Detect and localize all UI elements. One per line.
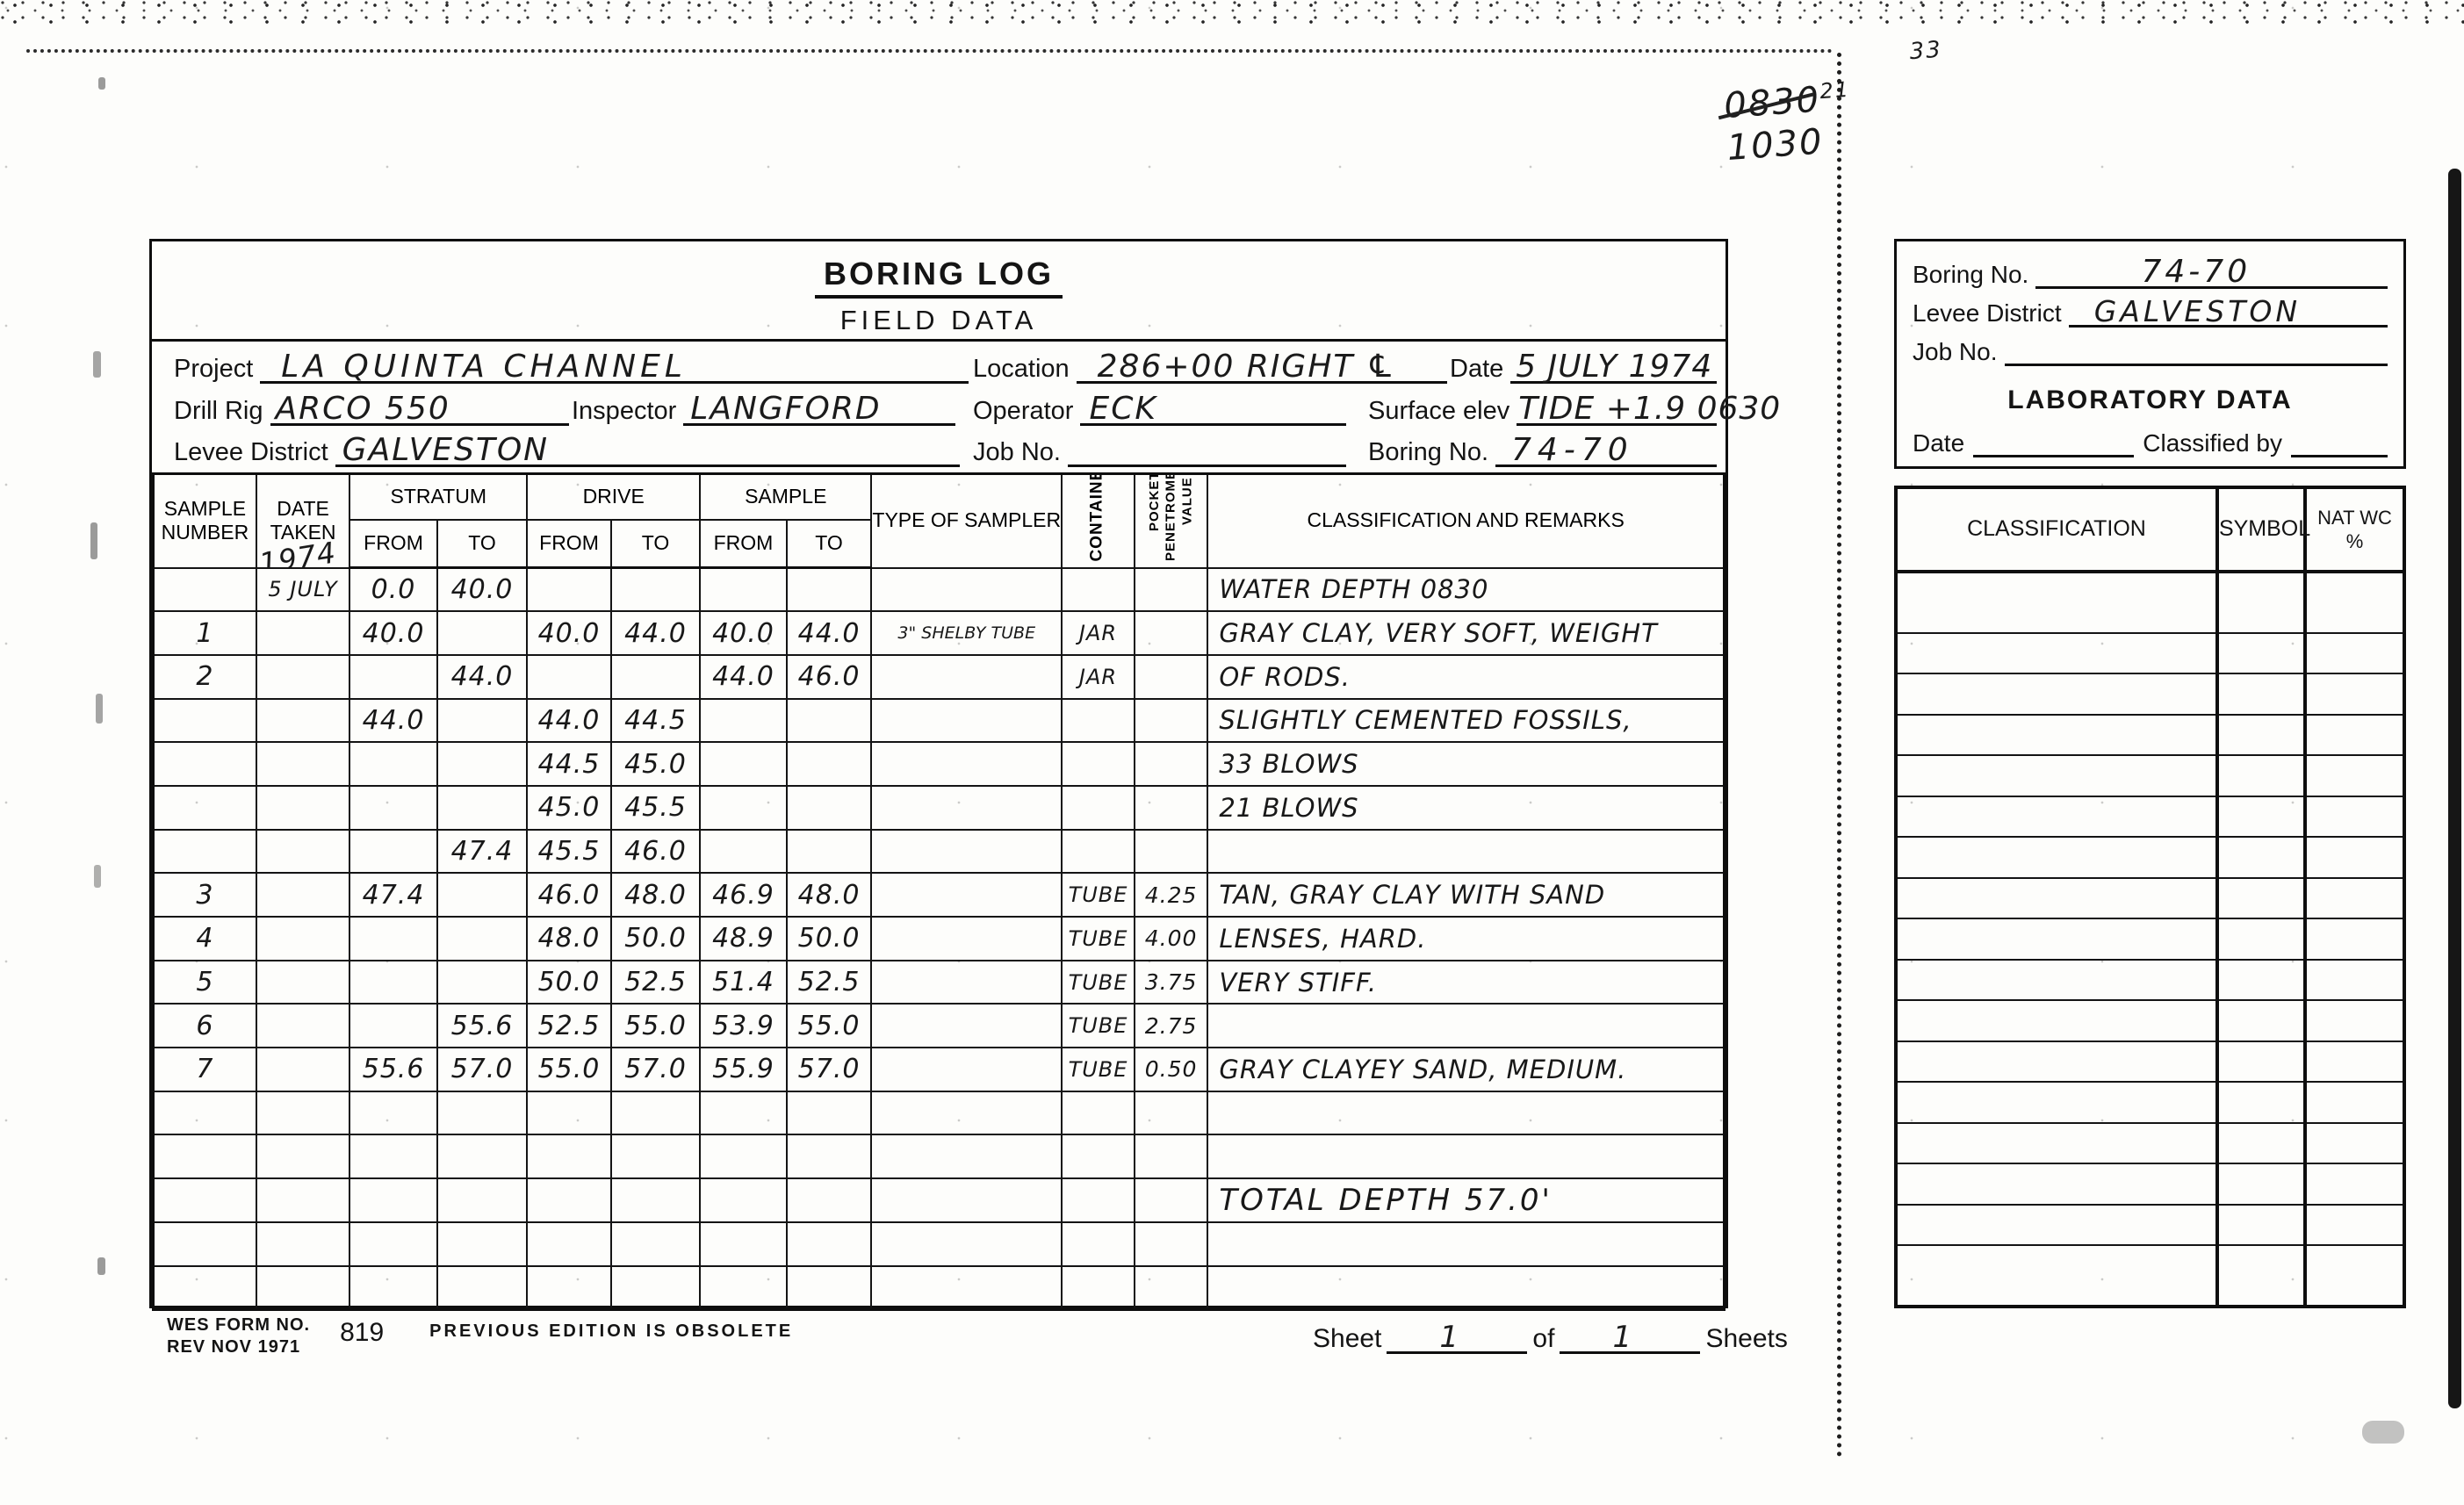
table-row	[1896, 673, 2404, 715]
cell-date	[256, 786, 349, 830]
empty-cell	[2217, 1163, 2305, 1205]
inspector-label: Inspector	[572, 398, 683, 426]
cell-s_from	[349, 742, 436, 786]
cell-remarks: 33 BLOWS	[1207, 742, 1724, 786]
table-row: 45.045.521 BLOWS	[154, 786, 1725, 830]
operator-value: ECK	[1089, 391, 1157, 427]
cell-container	[1062, 1178, 1135, 1222]
sheets-total-field: 1	[1560, 1320, 1700, 1354]
cell-s_from: 47.4	[349, 873, 436, 917]
cell-m_to	[787, 830, 872, 874]
cell-remarks	[1207, 1134, 1724, 1178]
cell-s_from	[349, 655, 436, 699]
cell-remarks	[1207, 1222, 1724, 1266]
cell-remarks	[1207, 1004, 1724, 1048]
cell-m_from	[700, 1222, 787, 1266]
cell-s_to	[437, 742, 528, 786]
cell-sample	[154, 1134, 256, 1178]
cell-s_from	[349, 1178, 436, 1222]
lab-col-nat-wc: NAT WC %	[2305, 487, 2404, 572]
form-footer: WES FORM NO. REV NOV 1971 819 PREVIOUS E…	[167, 1314, 1739, 1358]
cell-remarks: TAN, GRAY CLAY WITH SAND	[1207, 873, 1724, 917]
table-row: 47.445.546.0	[154, 830, 1725, 874]
form-number: 819	[340, 1318, 384, 1348]
table-row	[1896, 1205, 2404, 1246]
empty-cell	[2217, 878, 2305, 919]
cell-m_from	[700, 742, 787, 786]
cell-remarks	[1207, 1091, 1724, 1135]
cell-d_to	[611, 568, 700, 612]
inspector-value: LANGFORD	[690, 391, 881, 427]
cell-container	[1062, 699, 1135, 743]
form-number-stack: WES FORM NO. REV NOV 1971	[167, 1314, 310, 1358]
form-subtitle: FIELD DATA	[152, 305, 1726, 336]
cell-pen	[1135, 655, 1208, 699]
cell-sampler	[871, 655, 1062, 699]
cell-m_to	[787, 699, 872, 743]
scan-dotted-line	[26, 49, 1834, 53]
laboratory-table-body	[1896, 572, 2404, 1307]
form-no-line1: WES FORM NO.	[167, 1314, 310, 1336]
col-header-date-taken: DATE TAKEN 1974	[256, 474, 349, 568]
empty-cell	[2217, 1000, 2305, 1041]
cell-remarks	[1207, 830, 1724, 874]
cell-d_from: 48.0	[527, 917, 611, 961]
cell-pen	[1135, 1222, 1208, 1266]
cell-sampler	[871, 568, 1062, 612]
levee-district-field: GALVESTON	[335, 428, 960, 467]
cell-remarks: GRAY CLAYEY SAND, MEDIUM.	[1207, 1048, 1724, 1091]
drill-rig-value: ARCO 550	[276, 391, 450, 427]
cell-m_to	[787, 568, 872, 612]
empty-cell	[2217, 918, 2305, 960]
cell-sampler	[871, 1004, 1062, 1048]
cell-m_from: 40.0	[700, 611, 787, 655]
table-row: 140.040.044.040.044.03" SHELBY TUBEJARGR…	[154, 611, 1725, 655]
col-header-type-of-sampler: TYPE OF SAMPLER	[871, 474, 1062, 568]
sheet-number-field: 1	[1387, 1320, 1527, 1354]
cell-pen: 3.75	[1135, 961, 1208, 1005]
container-vertical-label: CONTAINER	[1088, 474, 1108, 562]
cell-d_from	[527, 1091, 611, 1135]
table-row: 5 JULY0.040.0WATER DEPTH 0830	[154, 568, 1725, 612]
empty-cell	[2217, 1205, 2305, 1246]
cell-sample: 5	[154, 961, 256, 1005]
cell-date	[256, 742, 349, 786]
scan-smudge	[98, 77, 105, 90]
cell-sample: 6	[154, 1004, 256, 1048]
table-row	[154, 1222, 1725, 1266]
cell-m_from: 44.0	[700, 655, 787, 699]
table-row: 655.652.555.053.955.0TUBE2.75	[154, 1004, 1725, 1048]
empty-cell	[1896, 1123, 2217, 1164]
empty-cell	[1896, 796, 2217, 838]
cell-d_to: 48.0	[611, 873, 700, 917]
cell-d_to	[611, 1134, 700, 1178]
table-row: 44.545.033 BLOWS	[154, 742, 1725, 786]
table-row: 550.052.551.452.5TUBE3.75VERY STIFF.	[154, 961, 1725, 1005]
cell-m_to: 50.0	[787, 917, 872, 961]
sheets-total-value: 1	[1612, 1320, 1633, 1355]
cell-pen	[1135, 1266, 1208, 1310]
table-row	[1896, 1082, 2404, 1123]
empty-cell	[1896, 1163, 2217, 1205]
col-header-stratum-from: FROM	[349, 520, 436, 568]
cell-remarks: WATER DEPTH 0830	[1207, 568, 1724, 612]
cell-date	[256, 1178, 349, 1222]
cell-s_to	[437, 917, 528, 961]
cell-d_from: 46.0	[527, 873, 611, 917]
cell-sample: 2	[154, 655, 256, 699]
cell-date	[256, 699, 349, 743]
cell-sample: 3	[154, 873, 256, 917]
cell-sample	[154, 1091, 256, 1135]
cell-m_to: 55.0	[787, 1004, 872, 1048]
cell-remarks: OF RODS.	[1207, 655, 1724, 699]
cell-date	[256, 1222, 349, 1266]
handwritten-time-notes: 33 083021 1030	[1723, 76, 1855, 169]
cell-m_to: 46.0	[787, 655, 872, 699]
cell-container	[1062, 568, 1135, 612]
cell-container: JAR	[1062, 655, 1135, 699]
date-taken-year-handwritten: 1974	[256, 535, 338, 567]
cell-s_to	[437, 1178, 528, 1222]
job-no-field	[1068, 428, 1346, 467]
cell-m_from	[700, 1134, 787, 1178]
col-header-container: CONTAINER	[1062, 474, 1135, 568]
cell-s_to	[437, 611, 528, 655]
project-value: LA QUINTA CHANNEL	[281, 349, 687, 385]
empty-cell	[2305, 1205, 2404, 1246]
cell-s_from	[349, 917, 436, 961]
lab-col-symbol: SYMBOL	[2217, 487, 2305, 572]
cell-d_to	[611, 1222, 700, 1266]
empty-cell	[2305, 878, 2404, 919]
table-row	[1896, 960, 2404, 1001]
empty-cell	[2305, 960, 2404, 1001]
empty-cell	[2305, 918, 2404, 960]
empty-cell	[1896, 960, 2217, 1001]
table-row	[154, 1091, 1725, 1135]
cell-pen: 4.25	[1135, 873, 1208, 917]
lab-levee-district-field: GALVESTON	[2069, 286, 2388, 328]
cell-sample: 7	[154, 1048, 256, 1091]
handwritten-time-superscript: 21	[1819, 77, 1850, 104]
empty-cell	[2305, 837, 2404, 878]
project-label: Project	[174, 356, 260, 384]
empty-cell	[2305, 1245, 2404, 1307]
cell-m_from: 53.9	[700, 1004, 787, 1048]
boring-log-table: SAMPLE NUMBER DATE TAKEN 1974 STRATUM DR…	[152, 472, 1726, 1311]
cell-date	[256, 1004, 349, 1048]
cell-sampler	[871, 873, 1062, 917]
table-row: 244.044.046.0JAROF RODS.	[154, 655, 1725, 699]
cell-remarks	[1207, 1266, 1724, 1310]
table-row	[154, 1266, 1725, 1310]
empty-cell	[2217, 1041, 2305, 1083]
cell-pen: 4.00	[1135, 917, 1208, 961]
cell-s_from: 44.0	[349, 699, 436, 743]
cell-m_to: 52.5	[787, 961, 872, 1005]
lab-date-field	[1973, 420, 2134, 457]
empty-cell	[1896, 572, 2217, 633]
col-group-sample: SAMPLE	[700, 474, 871, 521]
cell-d_to: 44.5	[611, 699, 700, 743]
empty-cell	[2217, 837, 2305, 878]
cell-d_to: 46.0	[611, 830, 700, 874]
boring-log-table-body: 5 JULY0.040.0WATER DEPTH 0830140.040.044…	[154, 568, 1725, 1310]
empty-cell	[1896, 837, 2217, 878]
empty-cell	[1896, 1245, 2217, 1307]
cell-s_to	[437, 786, 528, 830]
cell-sampler	[871, 917, 1062, 961]
cell-d_from	[527, 568, 611, 612]
cell-d_to: 55.0	[611, 1004, 700, 1048]
table-row	[1896, 1163, 2404, 1205]
cell-sample	[154, 699, 256, 743]
cell-sampler	[871, 699, 1062, 743]
empty-cell	[1896, 1205, 2217, 1246]
cell-date	[256, 873, 349, 917]
laboratory-data-header-box: Boring No. 74-70 Levee District GALVESTO…	[1894, 239, 2406, 469]
cell-m_from	[700, 568, 787, 612]
empty-cell	[2305, 572, 2404, 633]
cell-s_to: 44.0	[437, 655, 528, 699]
cell-m_from: 48.9	[700, 917, 787, 961]
col-group-stratum: STRATUM	[349, 474, 527, 521]
pocket-penetrometer-vertical-label: POCKET PENETROMETER VALUE	[1146, 474, 1195, 562]
col-header-sample-from: FROM	[700, 520, 787, 568]
col-header-pocket-penetrometer: POCKET PENETROMETER VALUE	[1135, 474, 1208, 568]
cell-container	[1062, 742, 1135, 786]
lab-classified-by-field	[2291, 420, 2388, 457]
empty-cell	[1896, 918, 2217, 960]
cell-m_to: 48.0	[787, 873, 872, 917]
lab-job-no-label: Job No.	[1913, 338, 2005, 366]
location-field: 286+00 RIGHT ℄	[1077, 344, 1447, 384]
table-row	[1896, 1041, 2404, 1083]
lab-levee-district-value: GALVESTON	[2094, 294, 2301, 328]
date-field: 5 JULY 1974	[1510, 344, 1717, 384]
levee-district-label: Levee District	[174, 439, 335, 467]
cell-sampler	[871, 1134, 1062, 1178]
cell-d_to: 50.0	[611, 917, 700, 961]
cell-m_from	[700, 699, 787, 743]
cell-date	[256, 1048, 349, 1091]
cell-m_from	[700, 1266, 787, 1310]
surface-elev-value: TIDE +1.9 0630	[1518, 391, 1781, 427]
cell-pen	[1135, 830, 1208, 874]
scan-smudge	[94, 865, 101, 888]
cell-sampler	[871, 1222, 1062, 1266]
cell-pen: 0.50	[1135, 1048, 1208, 1091]
handwritten-small-number: 33	[1909, 37, 1943, 67]
form-title: BORING LOG	[815, 256, 1063, 299]
scan-smudge	[93, 351, 101, 378]
empty-cell	[1896, 715, 2217, 756]
empty-cell	[2217, 715, 2305, 756]
table-row: 448.050.048.950.0TUBE4.00LENSES, HARD.	[154, 917, 1725, 961]
empty-cell	[2305, 633, 2404, 674]
empty-cell	[1896, 1000, 2217, 1041]
form-header-fields: Project LA QUINTA CHANNEL Location 286+0…	[152, 342, 1726, 472]
cell-sample	[154, 1266, 256, 1310]
cell-s_from	[349, 786, 436, 830]
cell-s_to	[437, 961, 528, 1005]
cell-date: 5 JULY	[256, 568, 349, 612]
empty-cell	[2217, 572, 2305, 633]
table-row	[1896, 715, 2404, 756]
col-header-sample-number: SAMPLE NUMBER	[154, 474, 256, 568]
empty-cell	[2217, 1082, 2305, 1123]
cell-container	[1062, 830, 1135, 874]
cell-s_to	[437, 1266, 528, 1310]
cell-s_to: 47.4	[437, 830, 528, 874]
cell-s_from: 40.0	[349, 611, 436, 655]
handwritten-time-2: 1030	[1726, 119, 1855, 169]
cell-d_to: 57.0	[611, 1048, 700, 1091]
sheet-label: Sheet	[1313, 1324, 1381, 1354]
cell-sampler	[871, 1178, 1062, 1222]
cell-d_from: 52.5	[527, 1004, 611, 1048]
cell-pen	[1135, 1178, 1208, 1222]
cell-d_to	[611, 1266, 700, 1310]
cell-d_to	[611, 1178, 700, 1222]
cell-container	[1062, 786, 1135, 830]
scan-smudge	[90, 522, 97, 559]
boring-no-field: 74-70	[1495, 428, 1717, 467]
scan-smudge	[2362, 1421, 2404, 1444]
cell-remarks: VERY STIFF.	[1207, 961, 1724, 1005]
cell-container: JAR	[1062, 611, 1135, 655]
empty-cell	[1896, 1082, 2217, 1123]
cell-m_from: 51.4	[700, 961, 787, 1005]
col-header-sample-to: TO	[787, 520, 872, 568]
cell-d_from: 40.0	[527, 611, 611, 655]
lab-date-line: Date Classified by	[1913, 422, 2388, 457]
cell-d_from	[527, 1266, 611, 1310]
empty-cell	[2305, 1082, 2404, 1123]
operator-label: Operator	[973, 398, 1080, 426]
table-row	[1896, 1000, 2404, 1041]
empty-cell	[2217, 1123, 2305, 1164]
lab-boring-no-value: 74-70	[2142, 254, 2251, 290]
cell-m_to	[787, 786, 872, 830]
cell-sample: 4	[154, 917, 256, 961]
cell-d_from	[527, 655, 611, 699]
cell-container: TUBE	[1062, 917, 1135, 961]
cell-container: TUBE	[1062, 873, 1135, 917]
cell-s_from	[349, 961, 436, 1005]
cell-container	[1062, 1091, 1135, 1135]
lab-job-no-field	[2005, 325, 2388, 366]
cell-container: TUBE	[1062, 1048, 1135, 1091]
cell-remarks: LENSES, HARD.	[1207, 917, 1724, 961]
cell-m_to	[787, 1134, 872, 1178]
cell-m_from	[700, 830, 787, 874]
operator-field: ECK	[1080, 386, 1346, 426]
cell-s_from	[349, 1091, 436, 1135]
cell-d_from: 44.5	[527, 742, 611, 786]
location-label: Location	[973, 356, 1077, 384]
empty-cell	[2305, 796, 2404, 838]
cell-m_to: 57.0	[787, 1048, 872, 1091]
empty-cell	[2305, 1041, 2404, 1083]
cell-sampler	[871, 1048, 1062, 1091]
cell-pen	[1135, 699, 1208, 743]
empty-cell	[2217, 960, 2305, 1001]
col-group-drive: DRIVE	[527, 474, 700, 521]
cell-remarks: GRAY CLAY, VERY SOFT, WEIGHT	[1207, 611, 1724, 655]
col-header-drive-from: FROM	[527, 520, 611, 568]
cell-s_to	[437, 873, 528, 917]
drill-rig-label: Drill Rig	[174, 398, 270, 426]
empty-cell	[2305, 1163, 2404, 1205]
cell-sample	[154, 1178, 256, 1222]
cell-pen	[1135, 742, 1208, 786]
empty-cell	[2217, 755, 2305, 796]
job-no-label: Job No.	[973, 439, 1068, 467]
drill-rig-field: ARCO 550	[270, 386, 570, 426]
lab-levee-district-label: Levee District	[1913, 299, 2069, 328]
cell-pen	[1135, 611, 1208, 655]
levee-district-value: GALVESTON	[342, 432, 549, 468]
cell-m_to	[787, 742, 872, 786]
empty-cell	[1896, 673, 2217, 715]
surface-elev-field: TIDE +1.9 0630	[1517, 386, 1717, 426]
handwritten-time-crossed: 0830	[1723, 78, 1822, 127]
cell-d_from	[527, 1134, 611, 1178]
empty-cell	[1896, 1041, 2217, 1083]
cell-sampler	[871, 786, 1062, 830]
empty-cell	[2217, 796, 2305, 838]
table-row	[1896, 1123, 2404, 1164]
cell-s_to	[437, 1222, 528, 1266]
empty-cell	[1896, 878, 2217, 919]
cell-s_from	[349, 1004, 436, 1048]
cell-sample	[154, 742, 256, 786]
cell-sampler	[871, 742, 1062, 786]
empty-cell	[2305, 673, 2404, 715]
obsolete-note: PREVIOUS EDITION IS OBSOLETE	[429, 1321, 793, 1342]
cell-d_from	[527, 1222, 611, 1266]
cell-d_to: 52.5	[611, 961, 700, 1005]
empty-cell	[2217, 1245, 2305, 1307]
location-value: 286+00 RIGHT ℄	[1098, 349, 1396, 385]
cell-m_from: 55.9	[700, 1048, 787, 1091]
cell-s_to	[437, 1091, 528, 1135]
inspector-field: LANGFORD	[683, 386, 955, 426]
cell-sample	[154, 568, 256, 612]
cell-sample	[154, 786, 256, 830]
cell-pen	[1135, 1134, 1208, 1178]
empty-cell	[1896, 755, 2217, 796]
boring-no-label: Boring No.	[1368, 439, 1495, 467]
cell-sample	[154, 1222, 256, 1266]
cell-d_from: 44.0	[527, 699, 611, 743]
cell-date	[256, 1134, 349, 1178]
boring-log-form: BORING LOG FIELD DATA Project LA QUINTA …	[149, 239, 1728, 1308]
cell-s_to: 55.6	[437, 1004, 528, 1048]
cell-m_from: 46.9	[700, 873, 787, 917]
cell-container	[1062, 1222, 1135, 1266]
cell-d_to: 45.5	[611, 786, 700, 830]
sheet-line: Sheet 1 of 1 Sheets	[1313, 1320, 1788, 1354]
cell-m_to	[787, 1178, 872, 1222]
cell-remarks: SLIGHTLY CEMENTED FOSSILS,	[1207, 699, 1724, 743]
lab-date-label: Date	[1913, 429, 1973, 457]
cell-s_from	[349, 1266, 436, 1310]
